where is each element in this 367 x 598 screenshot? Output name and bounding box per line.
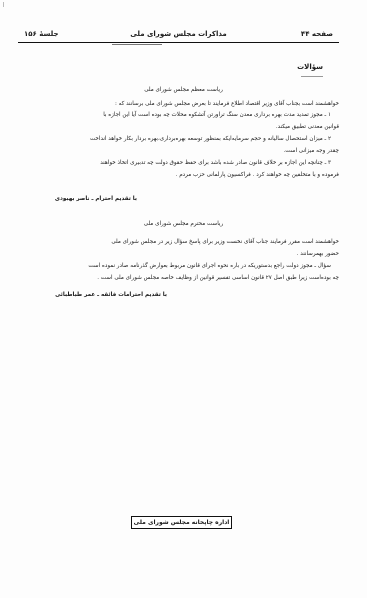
section-heading-underline xyxy=(301,76,323,77)
page-header: صفحه ۴۴ مذاکرات مجلس شورای ملی جلسهٔ ۱۵۶ xyxy=(18,28,339,42)
letter1-question2-line1: ۲ ـ میزان استحصال سالیانه و حجم سرمایه‌ا… xyxy=(28,136,331,143)
letter2-signature: با تقدیم احترامات فائقه ـ عمر طباطبائی xyxy=(55,292,167,299)
letter1-signature: با تقدیم احترام ـ ناصر بهبودی xyxy=(55,196,137,203)
letter2-addressee: ریاست محترم مجلس شورای ملی xyxy=(0,221,367,228)
letter1-intro: خواهشمند است بجناب آقای وزیر اقتصاد اطلا… xyxy=(28,101,339,108)
header-divider xyxy=(18,42,339,43)
section-heading: سؤالات xyxy=(297,63,323,71)
letter2-intro-line2: حضور بهمرسانند . xyxy=(28,251,339,258)
letter1-question1-line2: قوانین معدنی تطبیق میکند. xyxy=(28,124,339,131)
letter2-intro-line1: خواهشمند است مقرر فرمایند جناب آقای نخست… xyxy=(28,239,339,246)
printing-office-stamp: اداره چاپخانه مجلس شورای ملی xyxy=(131,516,232,529)
letter1-question1-line1: ۱ ـ مجوز تمدید مدت بهره برداری معدن سنگ … xyxy=(28,112,331,119)
letter1-question3-line1: ۳ ـ چنانچه این اجازه بر خلاف قانون صادر … xyxy=(28,160,331,167)
document-page: صفحه ۴۴ مذاکرات مجلس شورای ملی جلسهٔ ۱۵۶… xyxy=(0,0,367,598)
scan-mark xyxy=(3,2,6,7)
letter1-addressee: ریاست معظم مجلس شورای ملی xyxy=(0,87,367,94)
session-number: جلسهٔ ۱۵۶ xyxy=(24,30,59,38)
letter1-question3-line2: فرموده و با متخلفین چه خواهند کرد . فراک… xyxy=(28,172,339,179)
letter2-question-line2: چه بوده‌است زیرا طبق اصل ۲۷ قانون اساسی … xyxy=(28,275,339,282)
publication-title: مذاکرات مجلس شورای ملی xyxy=(18,30,339,38)
letter1-question2-line2: چقدر وجه میزانی است. xyxy=(28,148,339,155)
header-underline xyxy=(112,44,162,45)
letter2-question-line1: سؤال ـ مجوز دولت راجع بدستوریکه در باره … xyxy=(28,263,331,270)
